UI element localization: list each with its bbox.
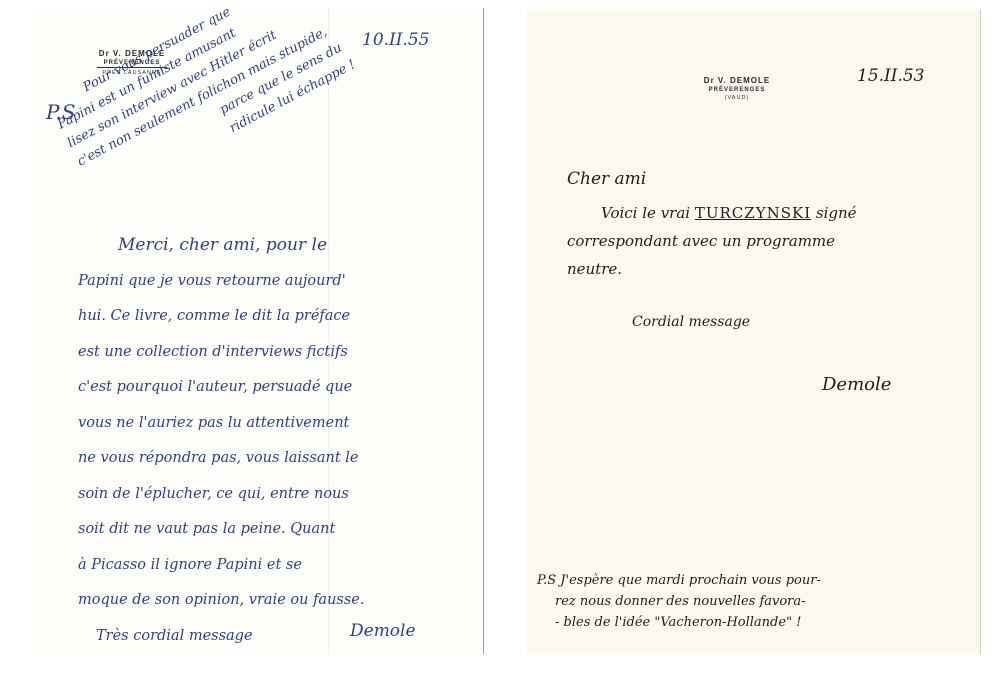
body-line: Voici le vrai TURCZYNSKI signé — [601, 199, 857, 227]
body-line: c'est pourquoi l'auteur, persuadé que — [78, 370, 365, 406]
body-line: soin de l'éplucher, ce qui, entre nous — [78, 477, 365, 513]
letter-body: Merci, cher ami, pour le Papini que je v… — [78, 228, 365, 654]
letterhead-subtitle: (VAUD) — [687, 95, 787, 101]
postscript-line: P.S J'espère que mardi prochain vous pou… — [537, 570, 821, 591]
letter-right: Dr V. DEMOLE PRÉVERENGES (VAUD) 15.II.53… — [527, 10, 981, 654]
letter-date: 15.II.53 — [857, 66, 925, 86]
body-text: signé — [816, 204, 857, 222]
closing: Cordial message — [632, 314, 750, 330]
postscript-text: J'espère que mardi prochain vous pour- — [560, 573, 821, 588]
greeting: Merci, cher ami, pour le — [118, 228, 365, 264]
letter-date: 10.II.55 — [362, 30, 430, 50]
letterhead-name: Dr V. DEMOLE — [687, 76, 787, 85]
postscript-line: - bles de l'idée "Vacheron-Hollande" ! — [555, 612, 821, 633]
postscript-diagonal: Pour vous persuader que Papini est un fu… — [44, 0, 359, 209]
body-line: ne vous répondra pas, vous laissant le — [78, 441, 365, 477]
paper-edge — [483, 8, 484, 654]
body-line: à Picasso il ignore Papini et se — [78, 548, 365, 584]
postscript: P.S J'espère que mardi prochain vous pou… — [537, 570, 821, 633]
body-line: est une collection d'interviews fictifs — [78, 335, 365, 371]
signature: Demole — [350, 621, 416, 641]
body-line: Papini que je vous retourne aujourd' — [78, 264, 365, 300]
body-line: neutre. — [567, 255, 857, 283]
signature: Demole — [822, 374, 891, 395]
letter-body: Cher ami Voici le vrai TURCZYNSKI signé … — [567, 165, 857, 283]
body-line: vous ne l'auriez pas lu attentivement — [78, 406, 365, 442]
body-line: hui. Ce livre, comme le dit la préface — [78, 299, 365, 335]
postscript-label: P.S — [537, 573, 556, 588]
artist-name: TURCZYNSKI — [695, 204, 811, 222]
greeting: Cher ami — [567, 165, 857, 193]
letter-left: Dr V. DEMOLE PRÉVERENGES PRÈS LAUSANNE 1… — [32, 8, 484, 654]
body-line: soit dit ne vaut pas la peine. Quant — [78, 512, 365, 548]
body-line: correspondant avec un programme — [567, 227, 857, 255]
letterhead: Dr V. DEMOLE PRÉVERENGES (VAUD) — [687, 76, 787, 101]
letterhead-town: PRÉVERENGES — [687, 87, 787, 93]
body-line: moque de son opinion, vraie ou fausse. — [78, 583, 365, 619]
postscript-line: rez nous donner des nouvelles favora- — [555, 591, 821, 612]
closing: Très cordial message — [96, 619, 365, 655]
body-text: Voici le vrai — [601, 204, 690, 222]
